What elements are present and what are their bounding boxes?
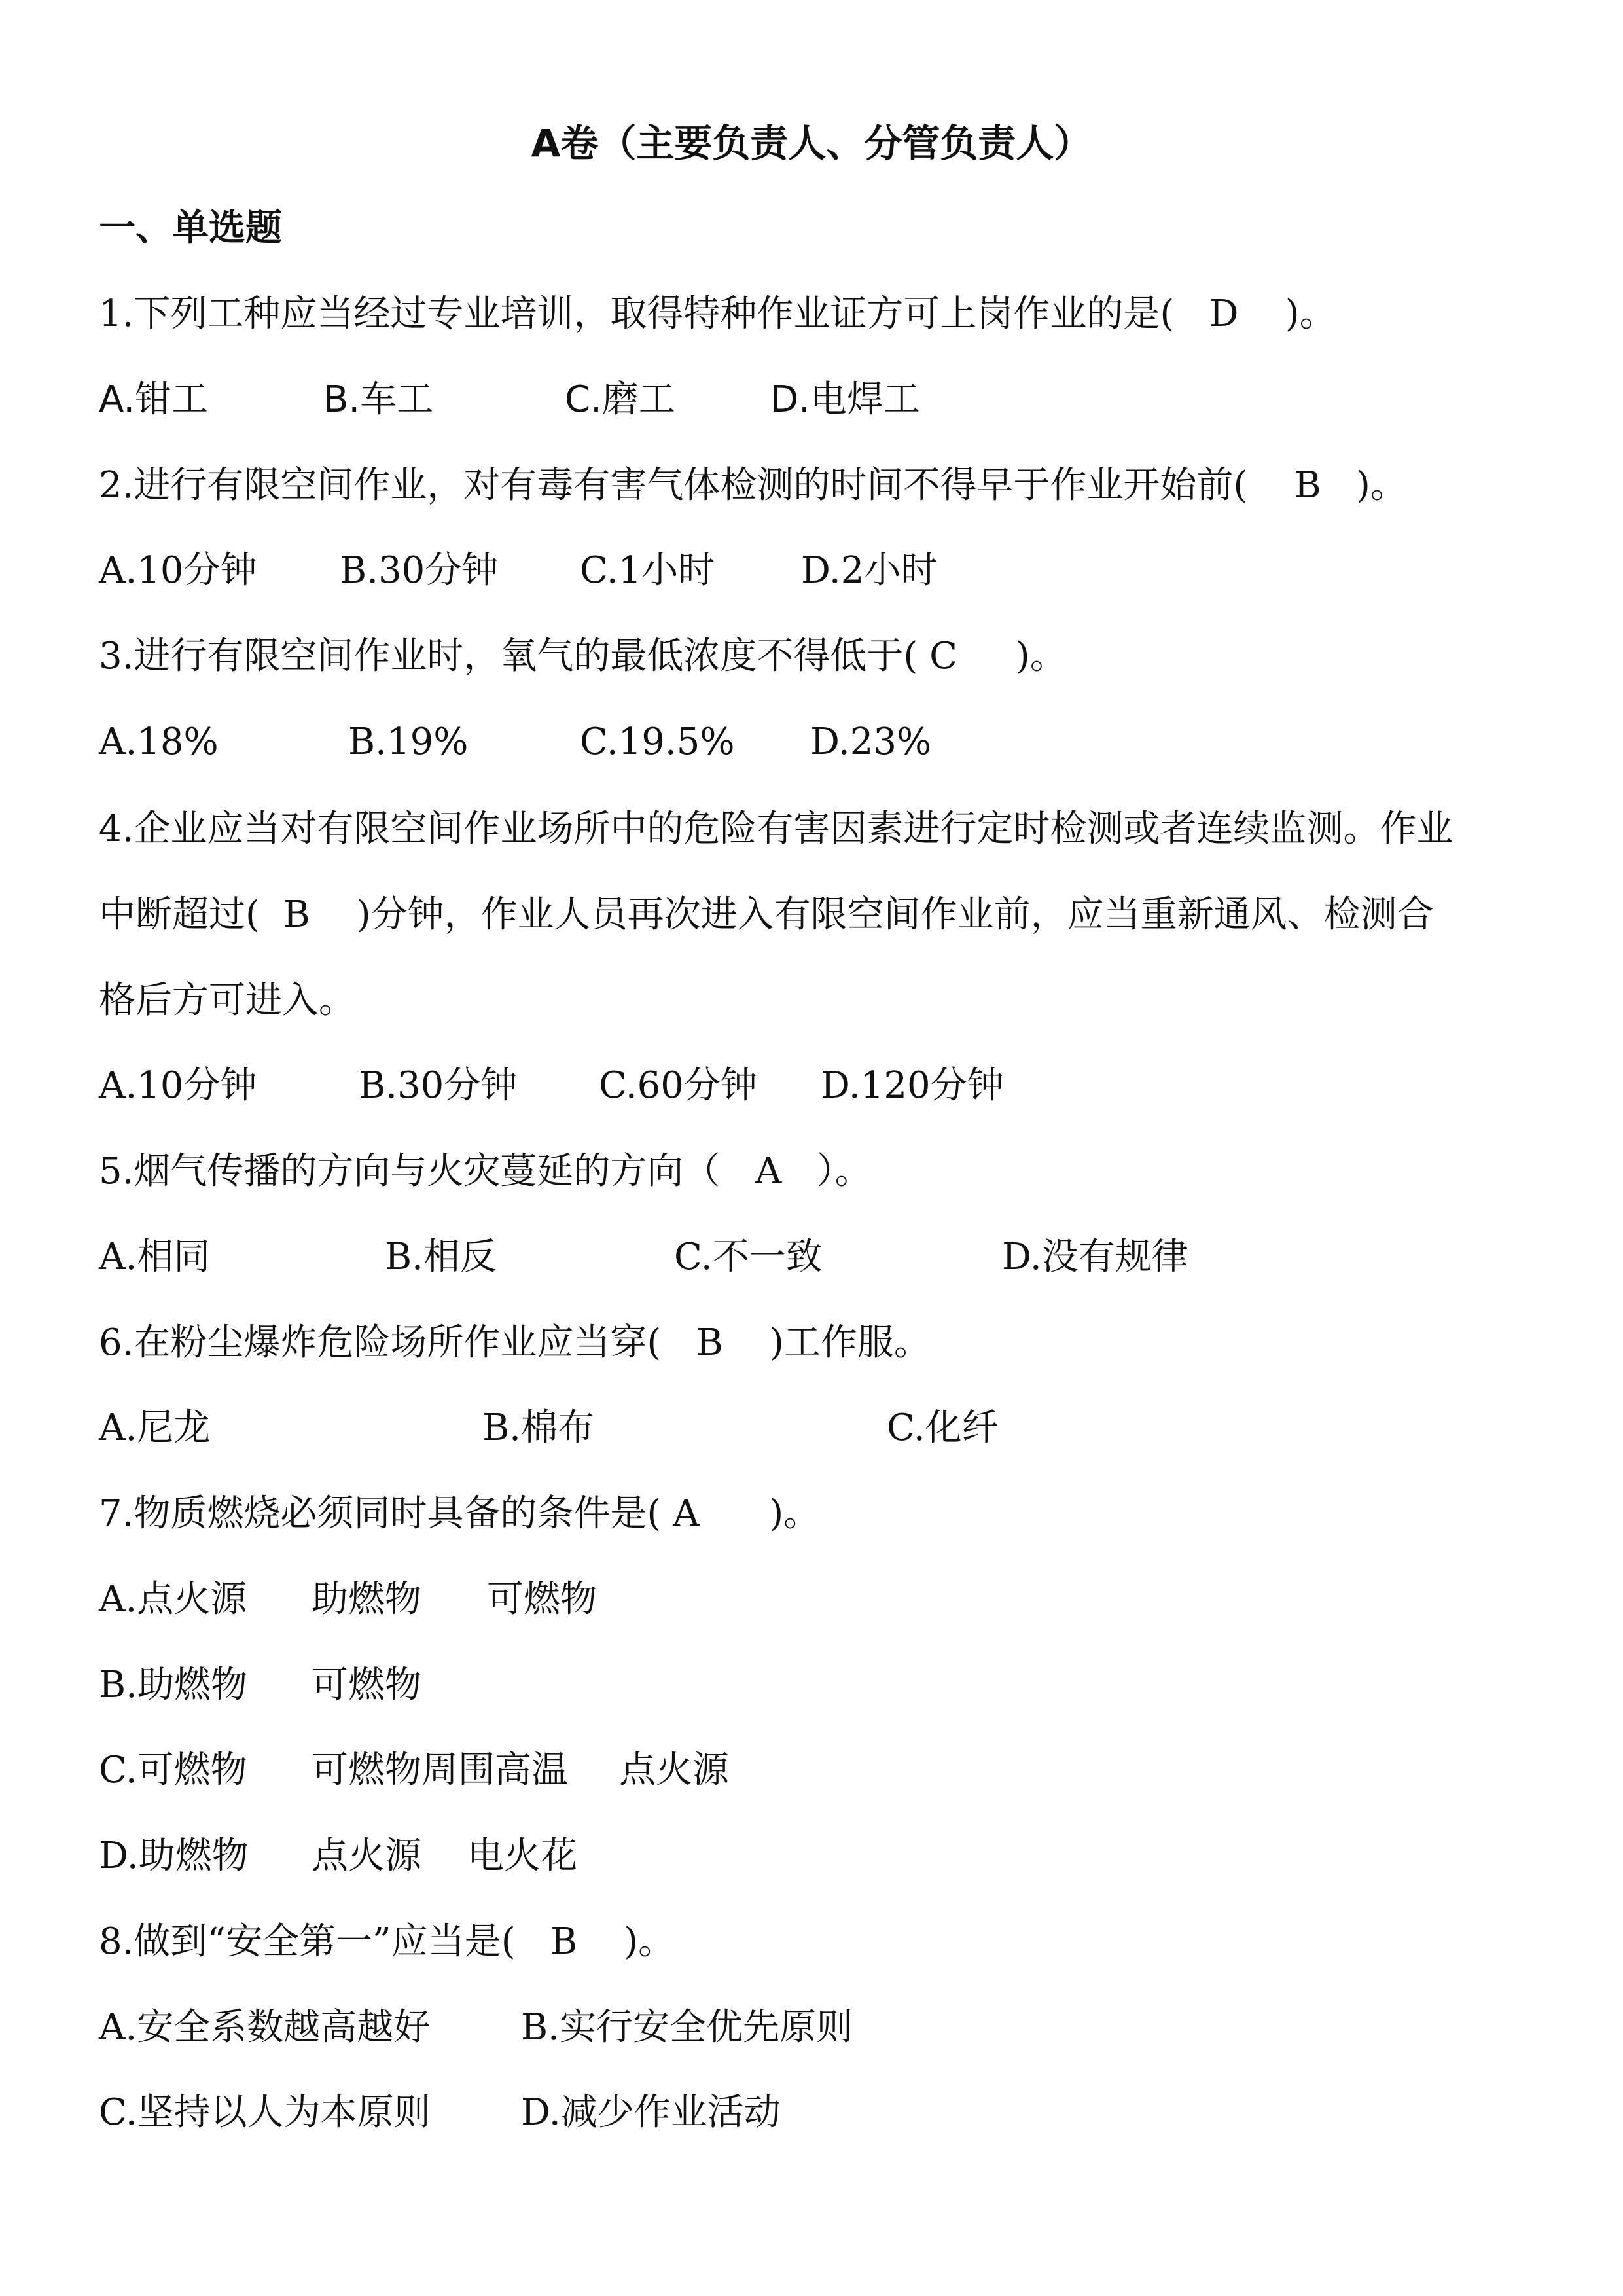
question-4-option-d: D.120分钟 (821, 1063, 1004, 1109)
question-2-stem: 2.进行有限空间作业，对有毒有害气体检测的时间不得早于作业开始前( B )。 (99, 463, 1407, 509)
question-6-option-a: A.尼龙 (99, 1405, 210, 1451)
question-5-option-c: C.不一致 (674, 1234, 823, 1280)
question-2-option-d: D.2小时 (801, 548, 937, 594)
question-7-option-d-part-1: D.助燃物 (99, 1833, 249, 1879)
question-6-stem: 6.在粉尘爆炸危险场所作业应当穿( B )工作服。 (99, 1320, 931, 1366)
section-heading: 一、单选题 (99, 206, 282, 251)
page-title: A卷（主要负责人、分管负责人） (0, 120, 1623, 166)
question-3-option-c: C.19.5% (580, 719, 735, 765)
question-2-option-a: A.10分钟 (99, 548, 257, 594)
question-1-option-a: A.钳工 (99, 377, 208, 423)
question-7-stem: 7.物质燃烧必须同时具备的条件是( A )。 (99, 1491, 820, 1537)
question-7-option-d-part-2: 点火源 (312, 1833, 421, 1879)
question-6-option-c: C.化纤 (887, 1405, 999, 1451)
question-5-option-d: D.没有规律 (1002, 1234, 1188, 1280)
question-7-option-c-part-1: C.可燃物 (99, 1748, 247, 1793)
question-1-stem: 1.下列工种应当经过专业培训，取得特种作业证方可上岗作业的是( D )。 (99, 291, 1336, 337)
question-3-option-a: A.18% (99, 719, 219, 765)
question-4-option-b: B.30分钟 (359, 1063, 517, 1109)
question-7-option-c-part-3: 点火源 (619, 1748, 729, 1793)
question-7-option-b-part-2: 可燃物 (312, 1662, 421, 1708)
question-5-stem: 5.烟气传播的方向与火灾蔓延的方向（ A ）。 (99, 1149, 872, 1194)
question-3-option-d: D.23% (810, 719, 931, 765)
question-5-option-a: A.相同 (99, 1234, 210, 1280)
question-2-option-b: B.30分钟 (340, 548, 498, 594)
question-7-option-b-part-1: B.助燃物 (99, 1662, 247, 1708)
question-1-option-c: C.磨工 (565, 377, 675, 423)
question-5-option-b: B.相反 (385, 1234, 497, 1280)
question-6-option-b: B.棉布 (482, 1405, 594, 1451)
question-7-option-a-part-1: A.点火源 (99, 1577, 247, 1623)
question-3-option-b: B.19% (348, 719, 468, 765)
question-7-option-a-part-2: 助燃物 (312, 1577, 421, 1623)
question-7-option-c-part-2: 可燃物周围高温 (312, 1748, 568, 1793)
question-2-option-c: C.1小时 (580, 548, 715, 594)
question-8-option-a: A.安全系数越高越好 (99, 2005, 430, 2051)
question-1-option-b: B.车工 (323, 377, 433, 423)
question-7-option-a-part-3: 可燃物 (487, 1577, 597, 1623)
question-7-option-d-part-3: 电火花 (467, 1833, 577, 1879)
question-4-option-c: C.60分钟 (599, 1063, 757, 1109)
question-4-option-a: A.10分钟 (99, 1063, 257, 1109)
question-8-option-d: D.减少作业活动 (521, 2090, 781, 2136)
question-8-option-b: B.实行安全优先原则 (521, 2005, 853, 2051)
question-8-option-c: C.坚持以人为本原则 (99, 2090, 431, 2136)
question-3-stem: 3.进行有限空间作业时，氧气的最低浓度不得低于( C )。 (99, 634, 1067, 679)
question-8-stem: 8.做到“安全第一”应当是( B )。 (99, 1919, 675, 1965)
question-1-option-d: D.电焊工 (770, 377, 920, 423)
question-4-stem-line-3: 格后方可进入。 (99, 978, 355, 1024)
question-4-stem-line-2: 中断超过( B )分钟，作业人员再次进入有限空间作业前，应当重新通风、检测合 (99, 892, 1434, 938)
question-4-stem-line-1: 4.企业应当对有限空间作业场所中的危险有害因素进行定时检测或者连续监测。作业 (99, 806, 1453, 852)
